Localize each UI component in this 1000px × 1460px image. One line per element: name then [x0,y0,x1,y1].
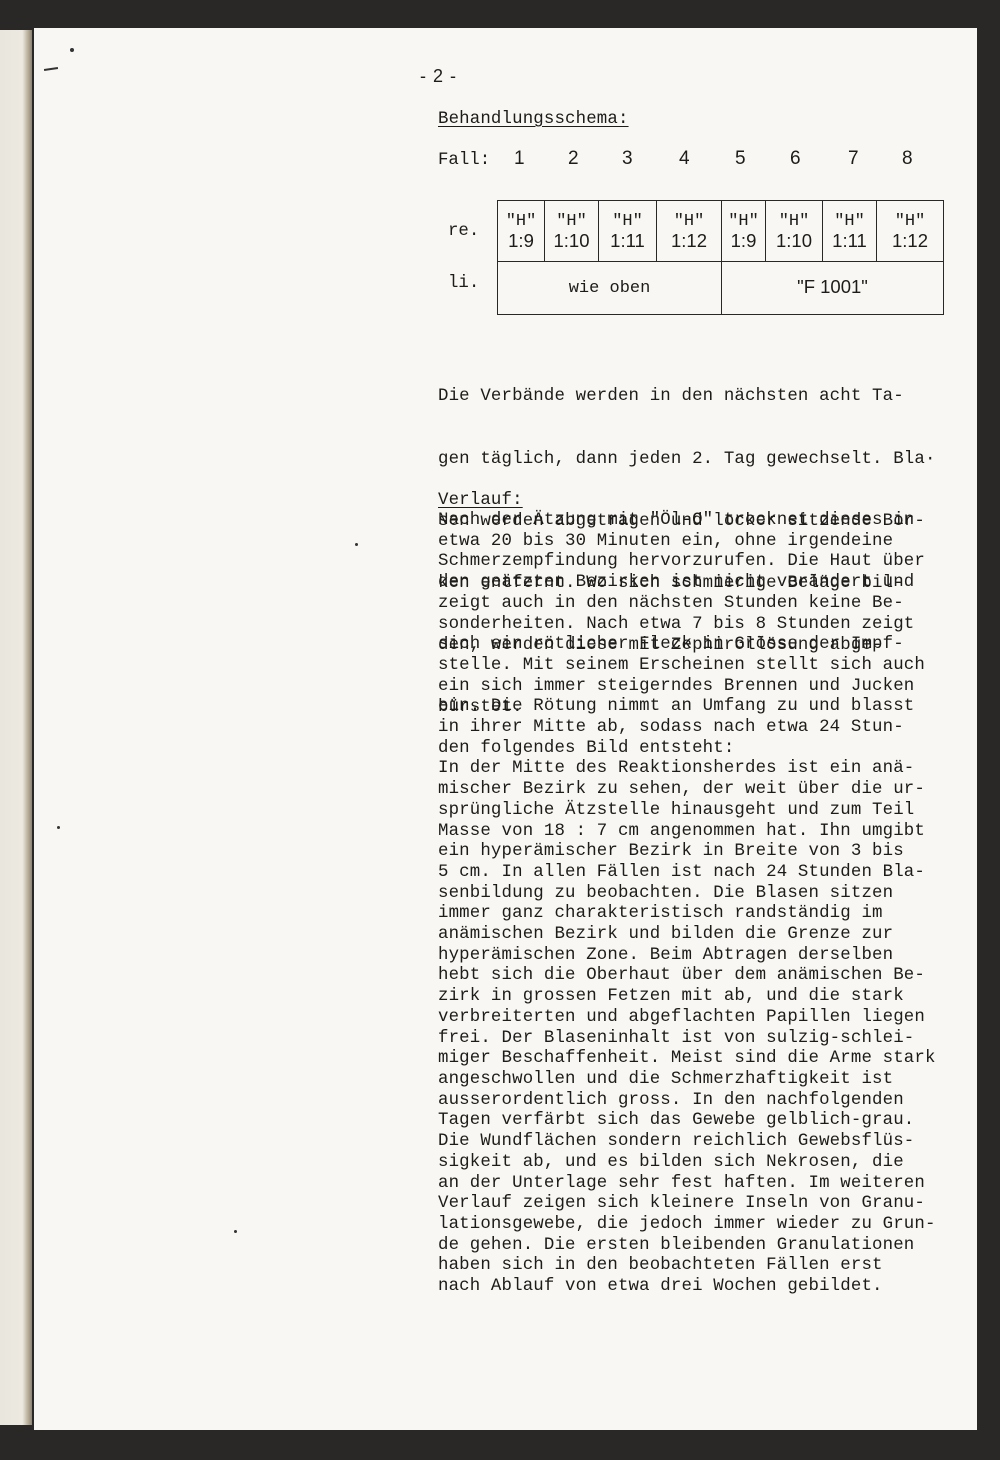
text-line: ein sich immer steigerndes Brennen und J… [438,677,936,698]
text-line: ein. Die Rötung nimmt an Umfang zu und b… [438,697,936,718]
table-row: wie oben "F 1001" [498,262,944,315]
margin-mark [44,67,58,71]
text-line: nach Ablauf von etwa drei Wochen gebilde… [438,1277,936,1298]
cell-ratio: 1:12 [877,231,943,250]
table-cell: "F 1001" [722,262,944,315]
text-line: anämischen Bezirk und bilden die Grenze … [438,925,936,946]
case-number: 4 [679,148,690,170]
cell-name: "H" [722,212,765,231]
text-line: angeschwollen und die Schmerzhaftigkeit … [438,1070,936,1091]
table-cell: "H"1:9 [722,201,766,262]
cell-ratio: 1:10 [766,231,822,250]
fall-label: Fall: [438,151,490,170]
cell-name: "H" [766,212,822,231]
cell-value: "F 1001" [797,276,868,297]
speck [355,543,358,546]
row-label-left: li. [448,274,479,293]
page-curl-edge [0,30,32,1425]
cell-ratio: 1:9 [722,231,765,250]
speck [234,1230,237,1233]
text-line: Die Verbände werden in den nächsten acht… [438,387,936,408]
table-cell: wie oben [498,262,722,315]
cell-name: "H" [599,212,656,231]
text-line: an der Unterlage sehr fest haften. Im we… [438,1174,936,1195]
text-line: ein hyperämischer Bezirk in Breite von 3… [438,842,936,863]
text-line: Nach der Ätzung mit "Öl-O" trocknet dies… [438,511,936,532]
case-number: 5 [735,148,746,170]
text-line: immer ganz charakteristisch randständig … [438,904,936,925]
case-number: 1 [514,148,525,170]
text-line: senbildung zu beobachten. Die Blasen sit… [438,884,936,905]
case-number: 8 [902,148,913,170]
text-line: Verlauf zeigen sich kleinere Inseln von … [438,1194,936,1215]
table-cell: "H"1:11 [823,201,877,262]
text-line: Masse von 18 : 7 cm angenommen hat. Ihn … [438,822,936,843]
text-line: hebt sich die Oberhaut über dem anämisch… [438,966,936,987]
text-line: de gehen. Die ersten bleibenden Granulat… [438,1236,936,1257]
text-line: den geätzten Bezirken ist nicht veränder… [438,573,936,594]
case-number: 2 [568,148,579,170]
text-line: verbreiterten und abgeflachten Papillen … [438,1008,936,1029]
text-line: sich ein rötlicher Fleck in Grösse der I… [438,635,936,656]
table-cell: "H"1:10 [545,201,599,262]
row-label-right: re. [448,222,479,241]
table-cell: "H"1:12 [657,201,722,262]
text-line: gen täglich, dann jeden 2. Tag gewechsel… [438,450,936,471]
text-line: hyperämischen Zone. Beim Abtragen dersel… [438,946,936,967]
text-line: Tagen verfärbt sich das Gewebe gelblich-… [438,1111,936,1132]
text-line: haben sich in den beobachteten Fällen er… [438,1256,936,1277]
text-line: zirk in grossen Fetzen mit ab, und die s… [438,987,936,1008]
case-number: 3 [622,148,633,170]
cell-name: "H" [823,212,876,231]
cell-ratio: 1:11 [599,231,656,250]
case-number: 6 [790,148,801,170]
cell-name: "H" [877,212,943,231]
text-line: zeigt auch in den nächsten Stunden keine… [438,594,936,615]
schema-heading: Behandlungsschema: [438,110,629,131]
cell-ratio: 1:9 [498,231,544,250]
text-line: frei. Der Blaseninhalt ist von sulzig-sc… [438,1029,936,1050]
text-line: ausserordentlich gross. In den nachfolge… [438,1091,936,1112]
text-line: mischer Bezirk zu sehen, der weit über d… [438,780,936,801]
cell-name: "H" [657,212,721,231]
page-number: - 2 - [420,66,457,87]
cell-name: "H" [498,212,544,231]
speck [70,48,74,52]
verlauf-body: Nach der Ätzung mit "Öl-O" trocknet dies… [438,511,936,1298]
text-line: Schmerzempfindung hervorzurufen. Die Hau… [438,552,936,573]
case-number: 7 [848,148,859,170]
text-line: etwa 20 bis 30 Minuten ein, ohne irgende… [438,532,936,553]
text-line: in ihrer Mitte ab, sodass nach etwa 24 S… [438,718,936,739]
text-line: In der Mitte des Reaktionsherdes ist ein… [438,759,936,780]
table-cell: "H"1:9 [498,201,545,262]
text-line: sprüngliche Ätzstelle hinausgeht und zum… [438,801,936,822]
table-cell: "H"1:10 [766,201,823,262]
cell-ratio: 1:10 [545,231,598,250]
cell-ratio: 1:12 [657,231,721,250]
text-line: lationsgewebe, die jedoch immer wieder z… [438,1215,936,1236]
text-line: miger Beschaffenheit. Meist sind die Arm… [438,1049,936,1070]
verlauf-heading: Verlauf: [438,491,523,512]
text-line: stelle. Mit seinem Erscheinen stellt sic… [438,656,936,677]
text-line: sonderheiten. Nach etwa 7 bis 8 Stunden … [438,615,936,636]
text-line: den folgendes Bild entsteht: [438,739,936,760]
text-line: Die Wundflächen sondern reichlich Gewebs… [438,1132,936,1153]
table-row: "H"1:9 "H"1:10 "H"1:11 "H"1:12 "H"1:9 "H… [498,201,944,262]
speck [57,826,60,829]
table-cell: "H"1:12 [877,201,944,262]
text-line: 5 cm. In allen Fällen ist nach 24 Stunde… [438,863,936,884]
text-line: sigkeit ab, und es bilden sich Nekrosen,… [438,1153,936,1174]
treatment-schema-table: "H"1:9 "H"1:10 "H"1:11 "H"1:12 "H"1:9 "H… [497,200,944,315]
table-cell: "H"1:11 [599,201,657,262]
cell-name: "H" [545,212,598,231]
cell-ratio: 1:11 [823,231,876,250]
